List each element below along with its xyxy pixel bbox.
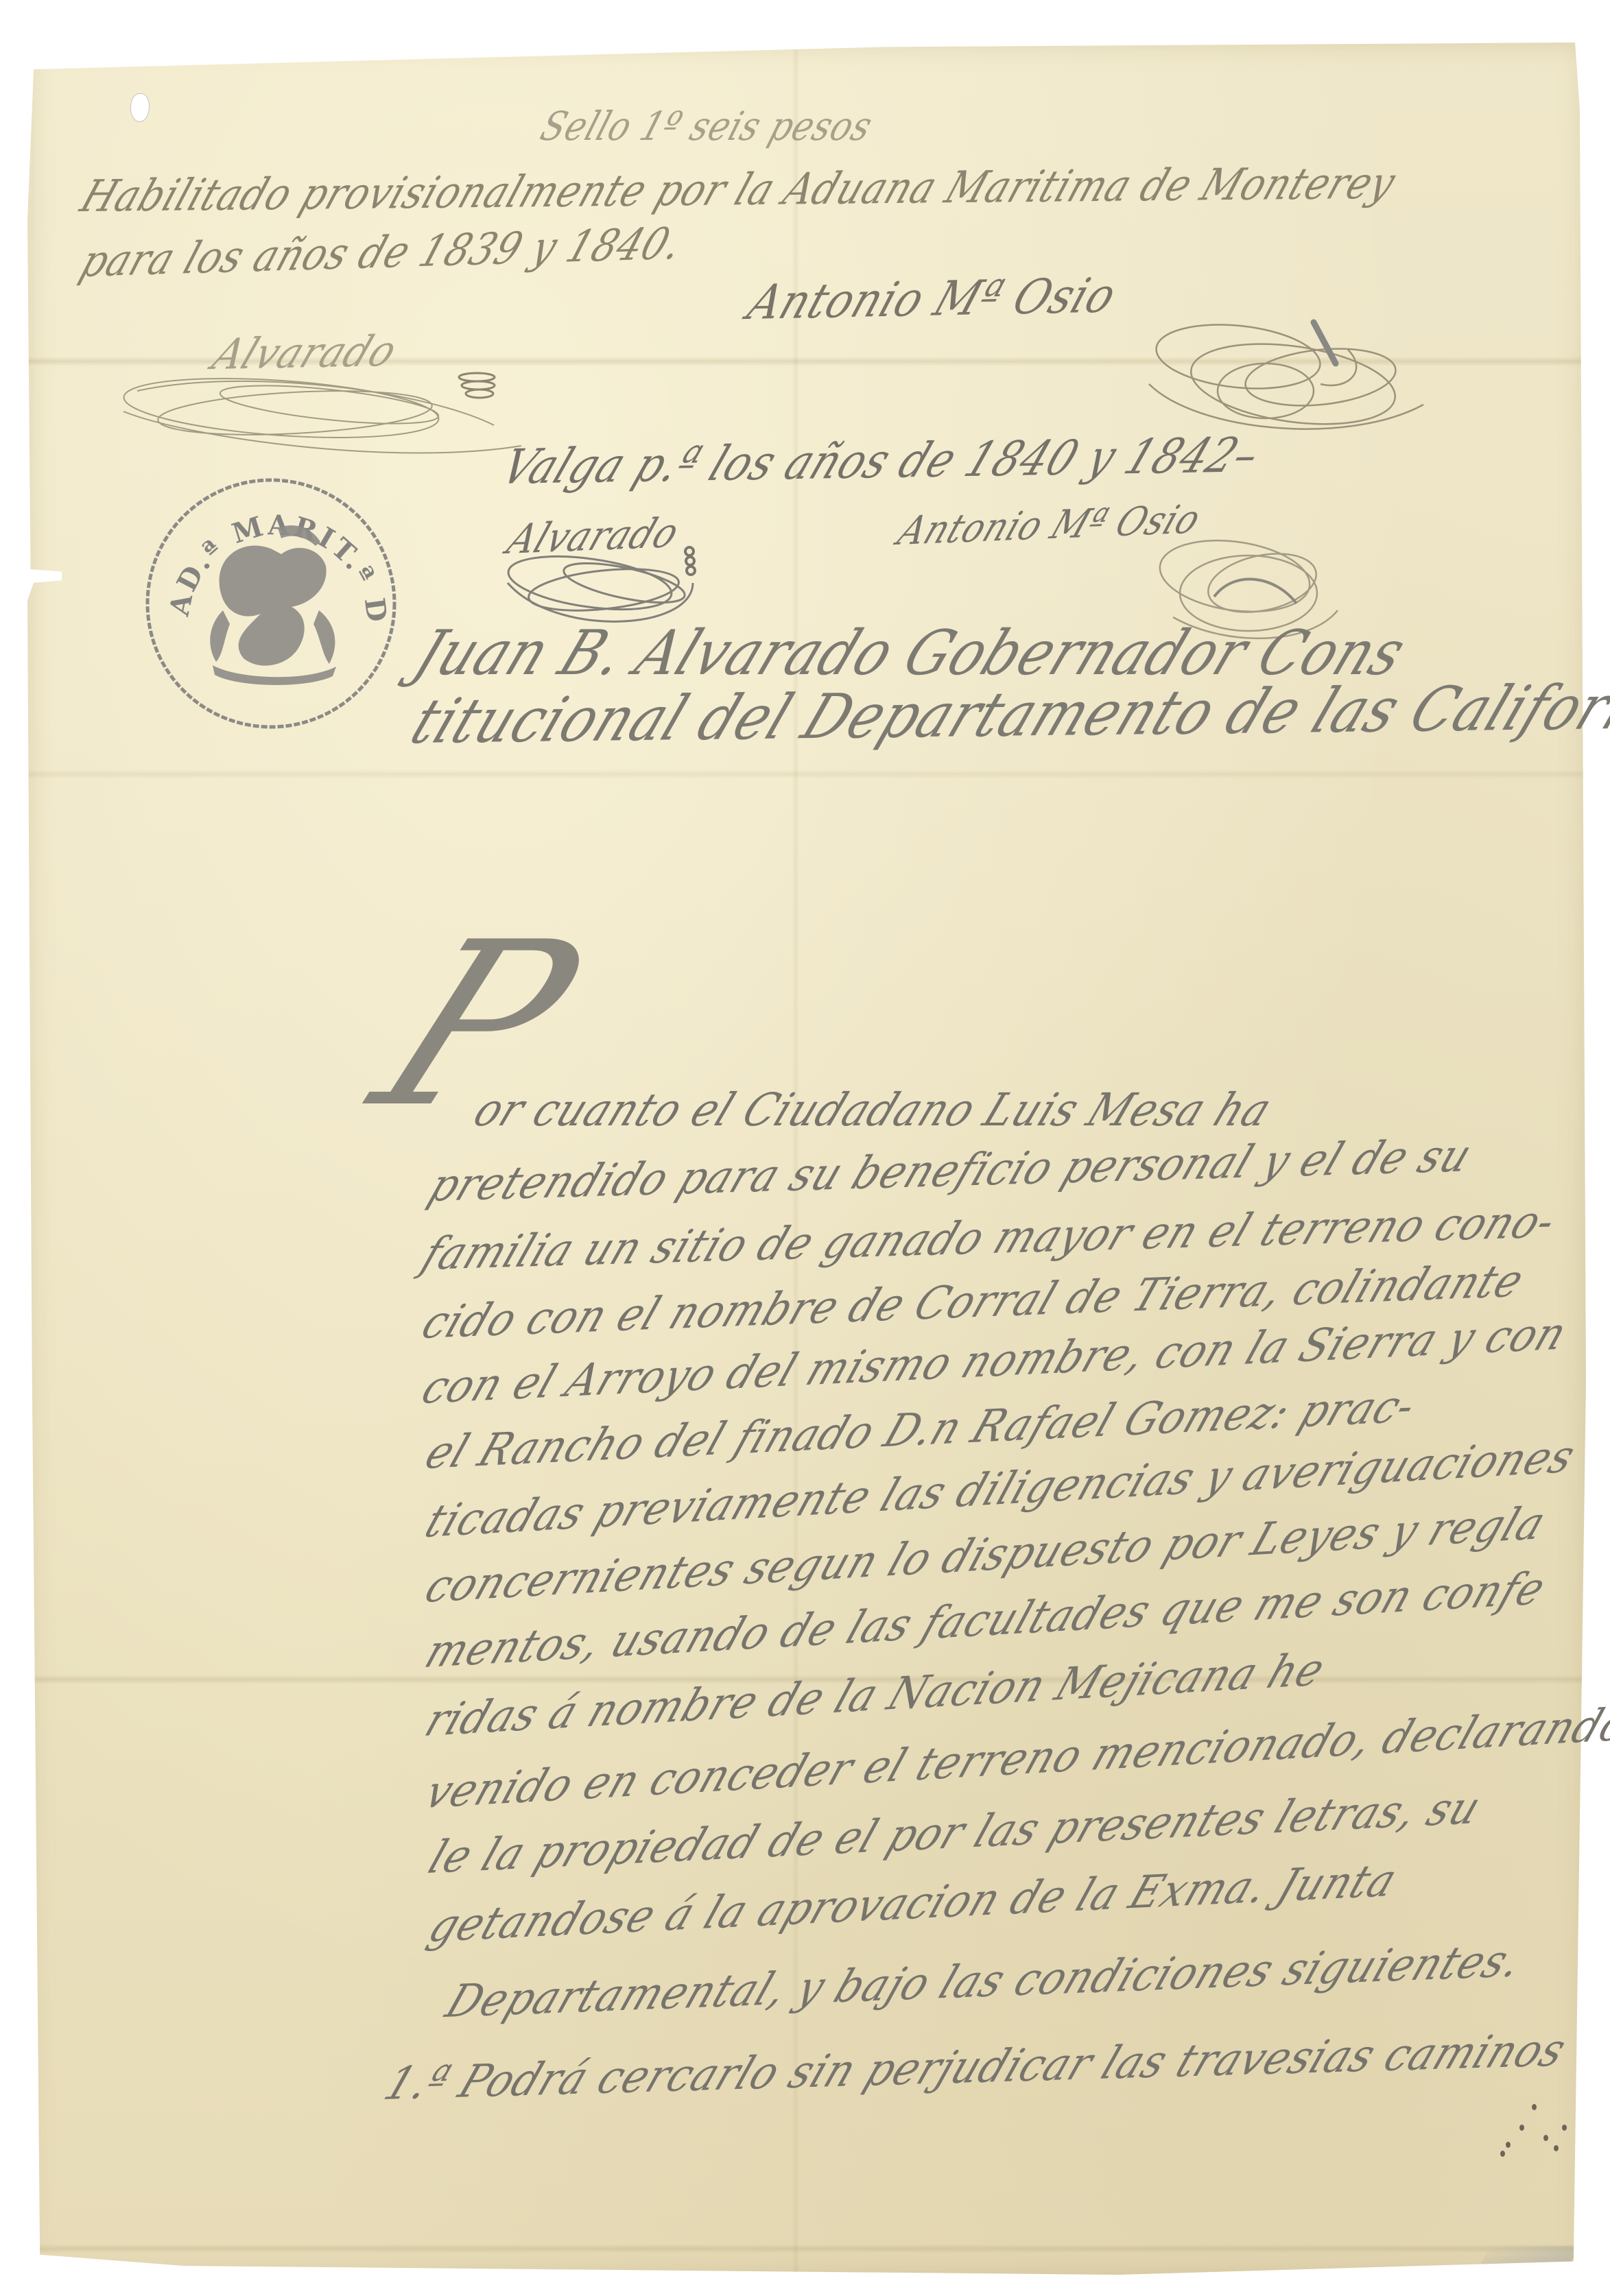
signature-alvarado-2: Alvarado [501,509,686,564]
paper-fold-line [27,769,1586,779]
corner-stain [1475,2246,1580,2273]
paper-fold-line [27,2244,1586,2253]
paper-hole [130,93,150,122]
body-line: or cuanto el Ciudadano Luis Mesa ha [466,1084,1279,1136]
signature-osio-1: Antonio Mª Osio [741,267,1124,331]
customs-seal: AD.ª MARIT.ª DE MONT. [141,473,401,734]
signature-alvarado-1: Alvarado [206,326,405,379]
stamp-value-text: Sello 1º seis pesos [535,103,879,150]
